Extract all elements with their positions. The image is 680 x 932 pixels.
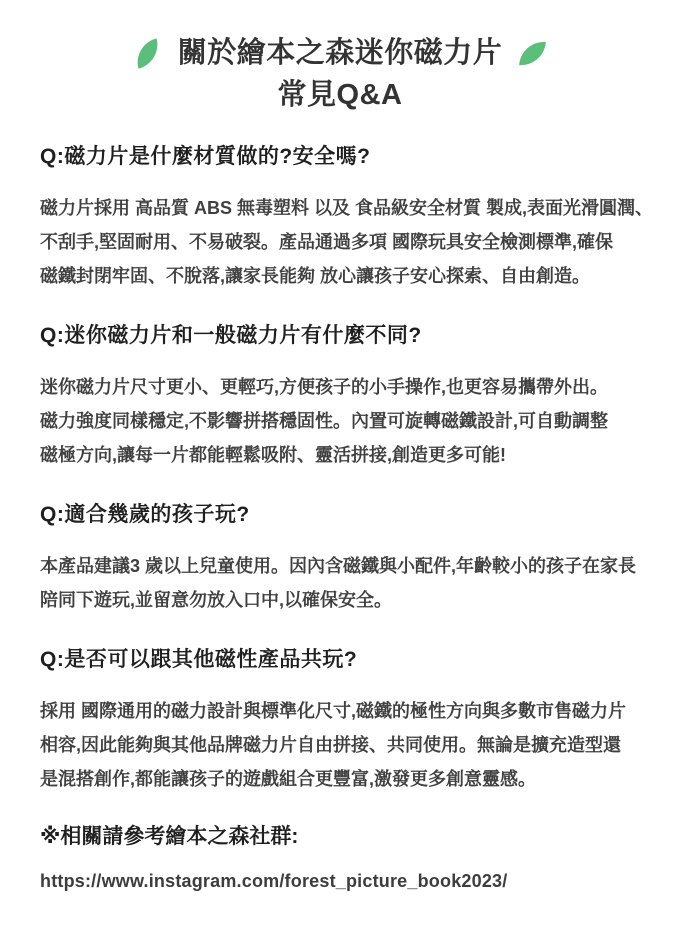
title-row: 關於繪本之森迷你磁力片	[40, 34, 640, 72]
answer-line: 迷你磁力片尺寸更小、更輕巧,方便孩子的小手操作,也更容易攜帶外出。	[40, 370, 640, 404]
faq-item-compatibility: Q:是否可以跟其他磁性產品共玩? 採用 國際通用的磁力設計與標準化尺寸,磁鐵的極…	[40, 645, 640, 796]
answer-line: 不刮手,堅固耐用、不易破裂。產品通過多項 國際玩具安全檢測標準,確保	[40, 225, 640, 259]
footer-note: ※相關請參考繪本之森社群:	[40, 822, 640, 851]
faq-item-age: Q:適合幾歲的孩子玩? 本產品建議3 歲以上兒童使用。因內含磁鐵與小配件,年齡較…	[40, 500, 640, 617]
question-compatibility: Q:是否可以跟其他磁性產品共玩?	[40, 645, 640, 674]
faq-item-difference: Q:迷你磁力片和一般磁力片有什麼不同? 迷你磁力片尺寸更小、更輕巧,方便孩子的小…	[40, 321, 640, 472]
page-title: 關於繪本之森迷你磁力片	[178, 34, 503, 72]
answer-materials: 磁力片採用 高品質 ABS 無毒塑料 以及 食品級安全材質 製成,表面光滑圓潤、…	[40, 191, 640, 293]
answer-compatibility: 採用 國際通用的磁力設計與標準化尺寸,磁鐵的極性方向與多數市售磁力片 相容,因此…	[40, 694, 640, 796]
faq-list: Q:磁力片是什麼材質做的?安全嗎? 磁力片採用 高品質 ABS 無毒塑料 以及 …	[40, 142, 640, 796]
page-header: 關於繪本之森迷你磁力片 常見Q&A	[40, 34, 640, 114]
answer-difference: 迷你磁力片尺寸更小、更輕巧,方便孩子的小手操作,也更容易攜帶外出。 磁力強度同樣…	[40, 370, 640, 472]
answer-line: 磁力片採用 高品質 ABS 無毒塑料 以及 食品級安全材質 製成,表面光滑圓潤、	[40, 191, 640, 225]
answer-line: 磁力強度同樣穩定,不影響拼搭穩固性。內置可旋轉磁鐵設計,可自動調整	[40, 404, 640, 438]
leaf-icon-left	[132, 38, 162, 68]
leaf-icon-right	[519, 40, 546, 67]
answer-age: 本產品建議3 歲以上兒童使用。因內含磁鐵與小配件,年齡較小的孩子在家長 陪同下遊…	[40, 549, 640, 617]
question-difference: Q:迷你磁力片和一般磁力片有什麼不同?	[40, 321, 640, 350]
question-age: Q:適合幾歲的孩子玩?	[40, 500, 640, 529]
page-subtitle: 常見Q&A	[40, 76, 640, 114]
faq-item-materials: Q:磁力片是什麼材質做的?安全嗎? 磁力片採用 高品質 ABS 無毒塑料 以及 …	[40, 142, 640, 293]
question-materials: Q:磁力片是什麼材質做的?安全嗎?	[40, 142, 640, 171]
answer-line: 陪同下遊玩,並留意勿放入口中,以確保安全。	[40, 583, 640, 617]
answer-line: 本產品建議3 歲以上兒童使用。因內含磁鐵與小配件,年齡較小的孩子在家長	[40, 549, 640, 583]
page-footer: ※相關請參考繪本之森社群: https://www.instagram.com/…	[40, 822, 640, 892]
instagram-link[interactable]: https://www.instagram.com/forest_picture…	[40, 871, 640, 892]
answer-line: 是混搭創作,都能讓孩子的遊戲組合更豐富,激發更多創意靈感。	[40, 762, 640, 796]
qa-page: 關於繪本之森迷你磁力片 常見Q&A Q:磁力片是什麼材質做的?安全嗎? 磁力片採…	[0, 0, 680, 932]
answer-line: 磁鐵封閉牢固、不脫落,讓家長能夠 放心讓孩子安心探索、自由創造。	[40, 259, 640, 293]
answer-line: 相容,因此能夠與其他品牌磁力片自由拼接、共同使用。無論是擴充造型還	[40, 728, 640, 762]
answer-line: 採用 國際通用的磁力設計與標準化尺寸,磁鐵的極性方向與多數市售磁力片	[40, 694, 640, 728]
answer-line: 磁極方向,讓每一片都能輕鬆吸附、靈活拼接,創造更多可能!	[40, 438, 640, 472]
